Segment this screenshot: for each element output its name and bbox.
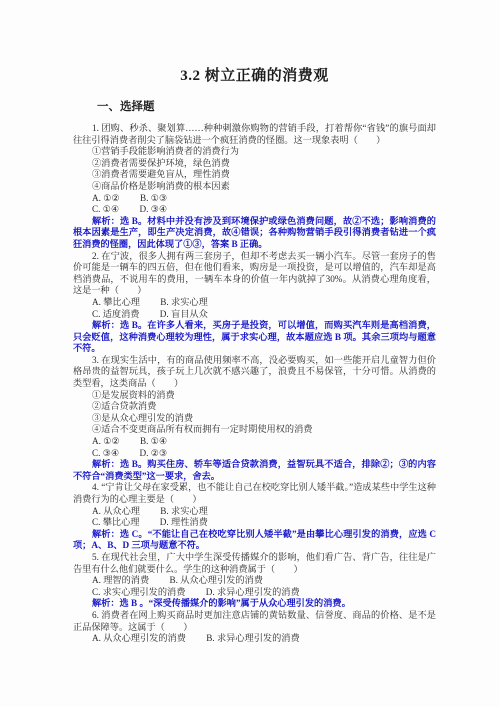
option-cell: C. 求实心理引发的消费 xyxy=(92,587,185,599)
option-cell: C. 攀比心理 xyxy=(92,517,139,529)
question-list: 1. 团购、秒杀、聚划算……种种刺激你购物的营销手段，打着帮你“省钱”的旗号面却… xyxy=(73,123,436,645)
question-4: 4. “宁肯让父母在家受累，也不能让自己在校吃穿比别人矮半截。”造成某些中学生这… xyxy=(73,482,436,552)
question-3: 3. 在现实生活中，有的商品使用频率不高，没必要购买，如一些能开启儿童智力但价格… xyxy=(73,355,436,483)
analysis-text: 解析：选 B。购买住房、轿车等适合贷款消费，益智玩具不适合，排除②；③的内容不符… xyxy=(73,459,436,482)
option-cell: D. ③④ xyxy=(140,204,168,216)
question-2: 2. 在宁波，很多人拥有两三套房子，但却不考虑去买一辆小汽车。尽管一套房子的售价… xyxy=(73,251,436,355)
analysis-text: 解析：选 B。材料中并没有涉及到环境保护或绿色消费问题，故②不选；影响消费的根本… xyxy=(73,216,436,251)
question-item: ④商品价格是影响消费的根本因素 xyxy=(73,181,436,193)
question-stem: 5. 在现代社会里，广大中学生深受传播媒介的影响，他们看广告、背广告，往往是广告… xyxy=(73,552,436,575)
option-row: A. 从众心理引发的消费 B. 求异心理引发的消费 xyxy=(73,633,436,645)
option-row: A. 从众心理 B. 求实心理 xyxy=(73,506,436,518)
option-cell: A. ①② xyxy=(92,436,120,448)
analysis-text: 解析：选 B。在许多人看来，买房子是投资，可以增值，而购买汽车则是高档消费，只会… xyxy=(73,320,436,355)
option-cell: A. 从众心理引发的消费 xyxy=(92,633,186,645)
question-stem: 4. “宁肯让父母在家受累，也不能让自己在校吃穿比别人矮半截。”造成某些中学生这… xyxy=(73,482,436,505)
option-cell: C. ①④ xyxy=(92,204,119,216)
option-row: C. 适度消费 D. 盲目从众 xyxy=(73,309,436,321)
option-row: C. 求实心理引发的消费 D. 求异心理引发的消费 xyxy=(73,587,436,599)
option-cell: D. 理性消费 xyxy=(160,517,208,529)
option-cell: D. 盲目从众 xyxy=(160,309,208,321)
option-cell: A. 从众心理 xyxy=(92,506,140,518)
option-cell: D. ②③ xyxy=(140,448,168,460)
option-cell: B. ①④ xyxy=(140,436,167,448)
option-cell: B. 从众心理引发的消费 xyxy=(169,575,262,587)
option-cell: A. 攀比心理 xyxy=(92,297,140,309)
option-cell: A. ①② xyxy=(92,193,120,205)
question-item: ①是发展资料的消费 xyxy=(73,390,436,402)
question-stem: 6. 消费者在网上购买商品时更加注意店铺的黄钻数量、信誉度、商品的价格、是不是正… xyxy=(73,610,436,633)
option-row: A. 理智的消费 B. 从众心理引发的消费 xyxy=(73,575,436,587)
option-cell: C. ③④ xyxy=(92,448,119,460)
question-stem: 2. 在宁波，很多人拥有两三套房子，但却不考虑去买一辆小汽车。尽管一套房子的售价… xyxy=(73,251,436,297)
analysis-text: 解析：选 B 。“深受传播媒介的影响”属于从众心理引发的消费。 xyxy=(73,598,436,610)
page-content: 3.2 树立正确的消费观 一、选择题 1. 团购、秒杀、聚划算……种种刺激你购物… xyxy=(0,0,500,645)
question-item: ②消费者需要保护环境，绿色消费 xyxy=(73,158,436,170)
section-heading: 一、选择题 xyxy=(97,101,436,114)
analysis-text: 解析：选 C。“不能让自己在校吃穿比别人矮半截”是由攀比心理引发的消费，应选 C… xyxy=(73,529,436,552)
option-cell: D. 求异心理引发的消费 xyxy=(206,587,300,599)
document-page: 3.2 树立正确的消费观 一、选择题 1. 团购、秒杀、聚划算……种种刺激你购物… xyxy=(0,0,500,707)
question-stem: 3. 在现实生活中，有的商品使用频率不高，没必要购买，如一些能开启儿童智力但价格… xyxy=(73,355,436,390)
option-row: C. 攀比心理 D. 理性消费 xyxy=(73,517,436,529)
question-stem: 1. 团购、秒杀、聚划算……种种刺激你购物的营销手段，打着帮你“省钱”的旗号面却… xyxy=(73,123,436,146)
question-item: ④适合不变更商品所有权而拥有一定时期使用权的消费 xyxy=(73,424,436,436)
question-item: ③消费者需要避免盲从，理性消费 xyxy=(73,169,436,181)
option-row: C. ①④ D. ③④ xyxy=(73,204,436,216)
option-row: A. 攀比心理 B. 求实心理 xyxy=(73,297,436,309)
question-item: ③是从众心理引发的消费 xyxy=(73,413,436,425)
option-cell: C. 适度消费 xyxy=(92,309,139,321)
question-5: 5. 在现代社会里，广大中学生深受传播媒介的影响，他们看广告、背广告，往往是广告… xyxy=(73,552,436,610)
option-row: A. ①② B. ①④ xyxy=(73,436,436,448)
option-cell: B. 求异心理引发的消费 xyxy=(206,633,299,645)
option-cell: B. ①③ xyxy=(140,193,167,205)
question-item: ②适合贷款消费 xyxy=(73,401,436,413)
question-item: ①营销手段能影响消费者的消费行为 xyxy=(73,146,436,158)
question-6: 6. 消费者在网上购买商品时更加注意店铺的黄钻数量、信誉度、商品的价格、是不是正… xyxy=(73,610,436,645)
option-row: A. ①② B. ①③ xyxy=(73,193,436,205)
option-cell: A. 理智的消费 xyxy=(92,575,149,587)
option-cell: B. 求实心理 xyxy=(160,506,207,518)
question-1: 1. 团购、秒杀、聚划算……种种刺激你购物的营销手段，打着帮你“省钱”的旗号面却… xyxy=(73,123,436,251)
option-cell: B. 求实心理 xyxy=(160,297,207,309)
page-title: 3.2 树立正确的消费观 xyxy=(73,67,436,86)
option-row: C. ③④ D. ②③ xyxy=(73,448,436,460)
